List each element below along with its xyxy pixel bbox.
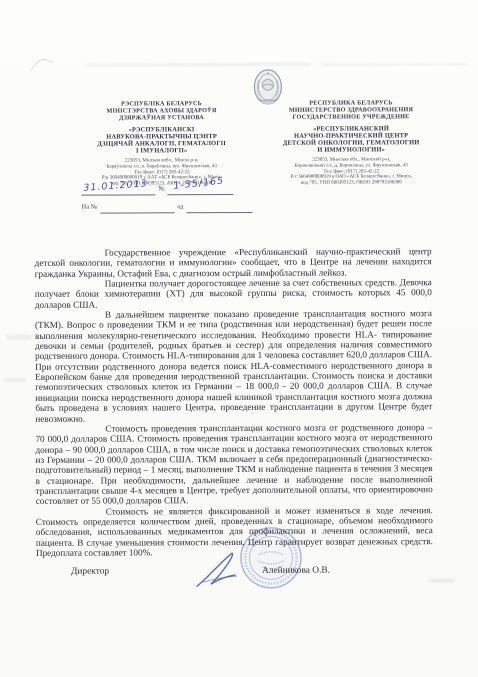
reply-date-underline bbox=[186, 200, 252, 213]
scan-smudge bbox=[429, 579, 455, 582]
reply-to-label: На № bbox=[81, 201, 97, 214]
signer-name: Алейникова О.В. bbox=[262, 566, 330, 576]
scanned-letter-page: РЭСПУБЛІКА БЕЛАРУСЬ МІНІСТЭРСТВА АХОВЫ З… bbox=[0, 0, 478, 677]
scan-smudge bbox=[321, 63, 466, 66]
letter-body: Государственное учреждение «Республиканс… bbox=[35, 246, 433, 558]
letterhead-russian: РЕСПУБЛИКА БЕЛАРУСЬ МИНИСТЕРСТВО ЗДРАВОО… bbox=[251, 99, 451, 187]
letterhead-belarusian: РЭСПУБЛІКА БЕЛАРУСЬ МІНІСТЭРСТВА АХОВЫ З… bbox=[59, 100, 264, 188]
address-ru-line: код 795, УНП 600395123, ОКПО 28879318630… bbox=[251, 180, 451, 187]
reference-block: № 31.01.2013 1-35/165 На №ад bbox=[81, 182, 261, 219]
scan-smudge bbox=[87, 63, 312, 67]
scan-smudge bbox=[6, 335, 32, 340]
reply-number-underline bbox=[100, 200, 174, 213]
scan-smudge bbox=[4, 378, 26, 382]
paragraph-hla-typing: В дальнейшем пациентке показано проведен… bbox=[35, 308, 432, 424]
org-name-ru-line: И ИММУНОЛОГИИ» bbox=[251, 146, 451, 154]
pencil-mark bbox=[29, 53, 55, 75]
incoming-ref-row: На №ад bbox=[81, 200, 261, 219]
paragraph-intro: Государственное учреждение «Республиканс… bbox=[35, 246, 432, 279]
org-name-by-line: І ІМУНАЛОГІІ» bbox=[59, 147, 264, 155]
paragraph-treatment-cost: Пациентка получает дорогостоящее лечение… bbox=[35, 277, 432, 310]
org-type-by: ДЗЯРЖАЎНАЯ УСТАНОВА bbox=[59, 114, 264, 122]
signer-title: Директор bbox=[71, 567, 109, 577]
paragraph-transplant-cost: Стоимость проведения трансплантации кост… bbox=[35, 422, 432, 506]
org-type-ru: ГОСУДАРСТВЕННОЕ УЧРЕЖДЕНИЕ bbox=[251, 113, 451, 121]
outgoing-ref-row: № 31.01.2013 1-35/165 bbox=[81, 182, 261, 201]
reply-date-label: ад bbox=[177, 200, 183, 213]
signature-icon bbox=[191, 546, 263, 592]
number-label: № bbox=[158, 182, 164, 195]
